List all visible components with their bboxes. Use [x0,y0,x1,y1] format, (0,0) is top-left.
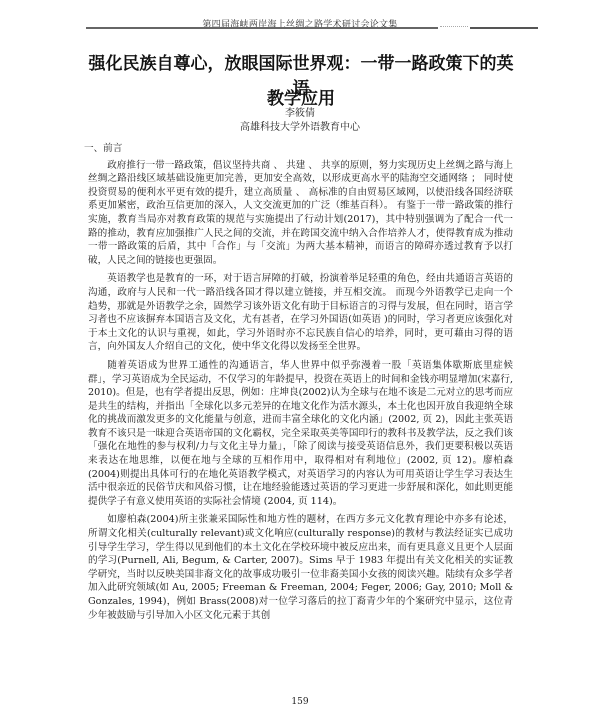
header-rule-dots [440,26,468,30]
header-rule-right [470,27,538,29]
page-number: 159 [0,697,600,707]
paragraph: 政府推行一带一路政策，倡议坚持共商 、 共建 、 共享的原则，努力实现历史上丝绸… [88,159,513,268]
paragraph: 随着英语成为世界工通性的沟通语言，华人世界中似乎弥漫着一股「英语集体歇斯底里症候… [88,359,513,509]
paragraph: 英语教学也是教育的一环，对于语言屏障的打破，扮演着举足轻重的角色，经由共通语言英… [88,272,513,354]
author-name: 李筱倩 [0,104,600,119]
body-text: 一、前言 政府推行一带一路政策，倡议坚持共商 、 共建 、 共享的原则，努力实现… [88,142,513,627]
paragraph: 如廖柏森(2004)所主张兼采国际性和地方性的题材，在西方多元文化教育理论中亦多… [88,513,513,622]
header-rule [86,27,438,29]
author-affiliation: 高雄科技大学外语教育中心 [0,118,600,133]
section-heading: 一、前言 [84,142,513,156]
